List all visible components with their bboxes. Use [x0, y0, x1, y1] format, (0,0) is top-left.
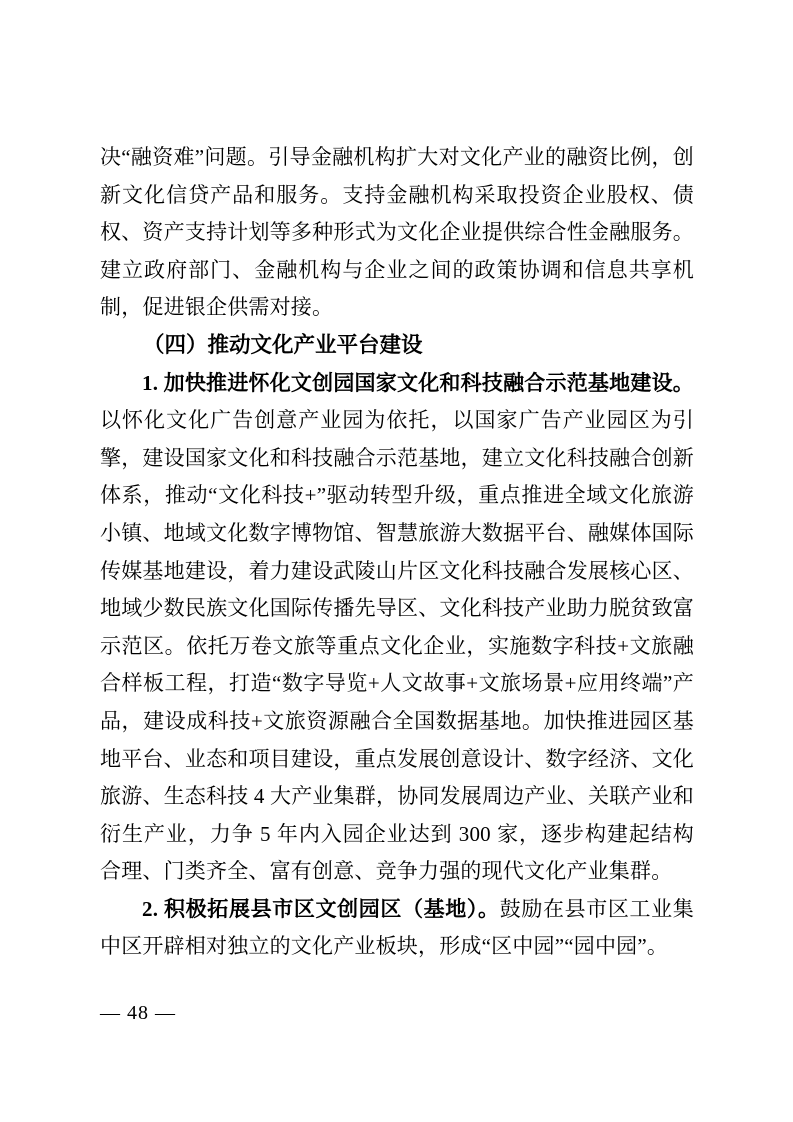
numbered-item-2: 2. 积极拓展县市区文创园区（基地）。鼓励在县市区工业集中区开辟相对独立的文化产… [100, 891, 694, 966]
item-1-body: 以怀化文化广告创意产业园为依托，以国家广告产业园区为引擎，建设国家文化和科技融合… [100, 408, 694, 883]
document-page: 决“融资难”问题。引导金融机构扩大对文化产业的融资比例，创新文化信贷产品和服务。… [0, 0, 793, 1122]
item-1-lead: 1. 加快推进怀化文创园国家文化和科技融合示范基地建设。 [142, 371, 694, 395]
page-number: — 48 — [100, 999, 176, 1027]
item-2-lead: 2. 积极拓展县市区文创园区（基地）。 [142, 897, 500, 921]
document-body: 决“融资难”问题。引导金融机构扩大对文化产业的融资比例，创新文化信贷产品和服务。… [100, 139, 694, 966]
continuation-paragraph: 决“融资难”问题。引导金融机构扩大对文化产业的融资比例，创新文化信贷产品和服务。… [100, 139, 694, 327]
numbered-item-1: 1. 加快推进怀化文创园国家文化和科技融合示范基地建设。以怀化文化广告创意产业园… [100, 365, 694, 891]
section-heading-4: （四）推动文化产业平台建设 [100, 327, 694, 365]
